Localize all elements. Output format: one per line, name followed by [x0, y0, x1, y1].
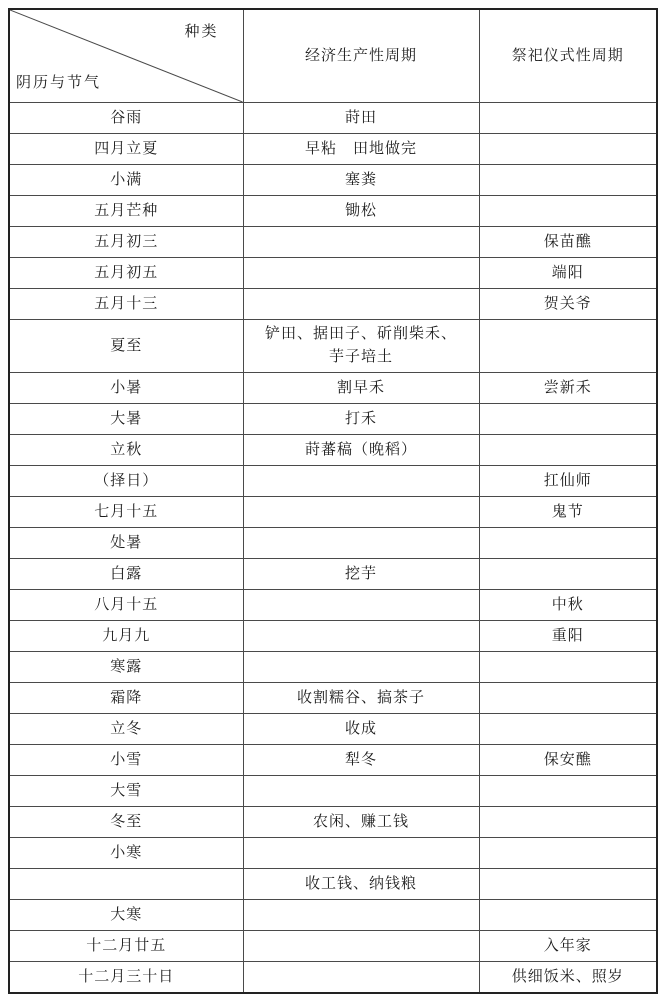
table-row: 谷雨莳田 [9, 103, 657, 134]
economic-cell: 挖芋 [243, 559, 479, 590]
table-row: 霜降收割糯谷、搞茶子 [9, 683, 657, 714]
table-row: 七月十五鬼节 [9, 497, 657, 528]
time-cell: 八月十五 [9, 590, 243, 621]
ritual-cell: 鬼节 [479, 497, 657, 528]
table-row: 立冬收成 [9, 714, 657, 745]
time-cell: （择日） [9, 466, 243, 497]
ritual-cell [479, 196, 657, 227]
economic-cell [243, 289, 479, 320]
economic-cell [243, 621, 479, 652]
ritual-cell [479, 165, 657, 196]
table-row: （择日）扛仙师 [9, 466, 657, 497]
time-cell: 立冬 [9, 714, 243, 745]
economic-cell: 收成 [243, 714, 479, 745]
table-row: 大寒 [9, 900, 657, 931]
ritual-cell [479, 838, 657, 869]
scanned-table-page: 种类 阴历与节气 经济生产性周期 祭祀仪式性周期 谷雨莳田四月立夏早粘 田地做完… [8, 8, 658, 994]
header-diagonal-cell: 种类 阴历与节气 [9, 9, 243, 103]
economic-cell: 犁冬 [243, 745, 479, 776]
header-ritual-cycle: 祭祀仪式性周期 [479, 9, 657, 103]
ritual-cell [479, 869, 657, 900]
time-cell: 十二月三十日 [9, 962, 243, 994]
table-row: 九月九重阳 [9, 621, 657, 652]
economic-cell [243, 497, 479, 528]
ritual-cell [479, 528, 657, 559]
ritual-cell: 保安醮 [479, 745, 657, 776]
ritual-cell: 扛仙师 [479, 466, 657, 497]
table-row: 小暑割早禾尝新禾 [9, 373, 657, 404]
economic-cell [243, 590, 479, 621]
ritual-cell: 重阳 [479, 621, 657, 652]
ritual-cell: 尝新禾 [479, 373, 657, 404]
table-row: 寒露 [9, 652, 657, 683]
table-row: 收工钱、纳钱粮 [9, 869, 657, 900]
table-row: 十二月三十日供细饭米、照岁 [9, 962, 657, 994]
economic-cell [243, 528, 479, 559]
economic-cell [243, 652, 479, 683]
economic-cell: 收工钱、纳钱粮 [243, 869, 479, 900]
economic-cell [243, 962, 479, 994]
economic-cell [243, 466, 479, 497]
time-cell: 四月立夏 [9, 134, 243, 165]
time-cell: 五月初三 [9, 227, 243, 258]
economic-cell [243, 227, 479, 258]
table-row: 冬至农闲、赚工钱 [9, 807, 657, 838]
time-cell: 大雪 [9, 776, 243, 807]
agricultural-ritual-calendar-table: 种类 阴历与节气 经济生产性周期 祭祀仪式性周期 谷雨莳田四月立夏早粘 田地做完… [8, 8, 658, 994]
time-cell: 寒露 [9, 652, 243, 683]
ritual-cell: 端阳 [479, 258, 657, 289]
table-row: 大雪 [9, 776, 657, 807]
ritual-cell: 贺关爷 [479, 289, 657, 320]
ritual-cell [479, 714, 657, 745]
ritual-cell [479, 435, 657, 466]
ritual-cell [479, 404, 657, 435]
table-body: 谷雨莳田四月立夏早粘 田地做完小满塞粪五月芒种锄松五月初三保苗醮五月初五端阳五月… [9, 103, 657, 994]
table-row: 白露挖芋 [9, 559, 657, 590]
time-cell: 小满 [9, 165, 243, 196]
economic-cell: 早粘 田地做完 [243, 134, 479, 165]
time-cell: 小雪 [9, 745, 243, 776]
time-cell: 小寒 [9, 838, 243, 869]
table-row: 四月立夏早粘 田地做完 [9, 134, 657, 165]
economic-cell: 打禾 [243, 404, 479, 435]
ritual-cell: 供细饭米、照岁 [479, 962, 657, 994]
time-cell: 冬至 [9, 807, 243, 838]
header-lunar-solar-term-label: 阴历与节气 [16, 72, 101, 95]
ritual-cell [479, 320, 657, 373]
table-row: 立秋莳蕃稿（晚稻） [9, 435, 657, 466]
economic-cell: 铲田、据田子、斫削柴禾、 芋子培土 [243, 320, 479, 373]
economic-cell [243, 838, 479, 869]
table-row: 小寒 [9, 838, 657, 869]
ritual-cell [479, 559, 657, 590]
time-cell: 夏至 [9, 320, 243, 373]
time-cell: 九月九 [9, 621, 243, 652]
time-cell: 处暑 [9, 528, 243, 559]
economic-cell [243, 776, 479, 807]
ritual-cell [479, 134, 657, 165]
time-cell: 霜降 [9, 683, 243, 714]
ritual-cell: 入年家 [479, 931, 657, 962]
time-cell: 七月十五 [9, 497, 243, 528]
table-row: 八月十五中秋 [9, 590, 657, 621]
economic-cell [243, 258, 479, 289]
economic-cell: 农闲、赚工钱 [243, 807, 479, 838]
economic-cell: 割早禾 [243, 373, 479, 404]
economic-cell: 锄松 [243, 196, 479, 227]
economic-cell: 收割糯谷、搞茶子 [243, 683, 479, 714]
table-header: 种类 阴历与节气 经济生产性周期 祭祀仪式性周期 [9, 9, 657, 103]
header-row: 种类 阴历与节气 经济生产性周期 祭祀仪式性周期 [9, 9, 657, 103]
economic-cell: 莳田 [243, 103, 479, 134]
ritual-cell: 中秋 [479, 590, 657, 621]
table-row: 大暑打禾 [9, 404, 657, 435]
economic-cell: 莳蕃稿（晚稻） [243, 435, 479, 466]
time-cell: 小暑 [9, 373, 243, 404]
table-row: 五月初三保苗醮 [9, 227, 657, 258]
table-row: 小满塞粪 [9, 165, 657, 196]
table-row: 五月初五端阳 [9, 258, 657, 289]
ritual-cell [479, 103, 657, 134]
table-row: 夏至铲田、据田子、斫削柴禾、 芋子培土 [9, 320, 657, 373]
economic-cell: 塞粪 [243, 165, 479, 196]
ritual-cell [479, 900, 657, 931]
time-cell: 白露 [9, 559, 243, 590]
table-row: 十二月廿五入年家 [9, 931, 657, 962]
time-cell: 谷雨 [9, 103, 243, 134]
table-row: 五月芒种锄松 [9, 196, 657, 227]
time-cell: 大寒 [9, 900, 243, 931]
time-cell: 五月初五 [9, 258, 243, 289]
time-cell: 大暑 [9, 404, 243, 435]
header-economic-cycle: 经济生产性周期 [243, 9, 479, 103]
header-category-label: 种类 [184, 21, 218, 44]
ritual-cell [479, 776, 657, 807]
ritual-cell [479, 807, 657, 838]
ritual-cell [479, 652, 657, 683]
table-row: 处暑 [9, 528, 657, 559]
table-row: 小雪犁冬保安醮 [9, 745, 657, 776]
time-cell [9, 869, 243, 900]
table-row: 五月十三贺关爷 [9, 289, 657, 320]
time-cell: 五月芒种 [9, 196, 243, 227]
economic-cell [243, 931, 479, 962]
time-cell: 十二月廿五 [9, 931, 243, 962]
time-cell: 五月十三 [9, 289, 243, 320]
ritual-cell: 保苗醮 [479, 227, 657, 258]
time-cell: 立秋 [9, 435, 243, 466]
economic-cell [243, 900, 479, 931]
ritual-cell [479, 683, 657, 714]
